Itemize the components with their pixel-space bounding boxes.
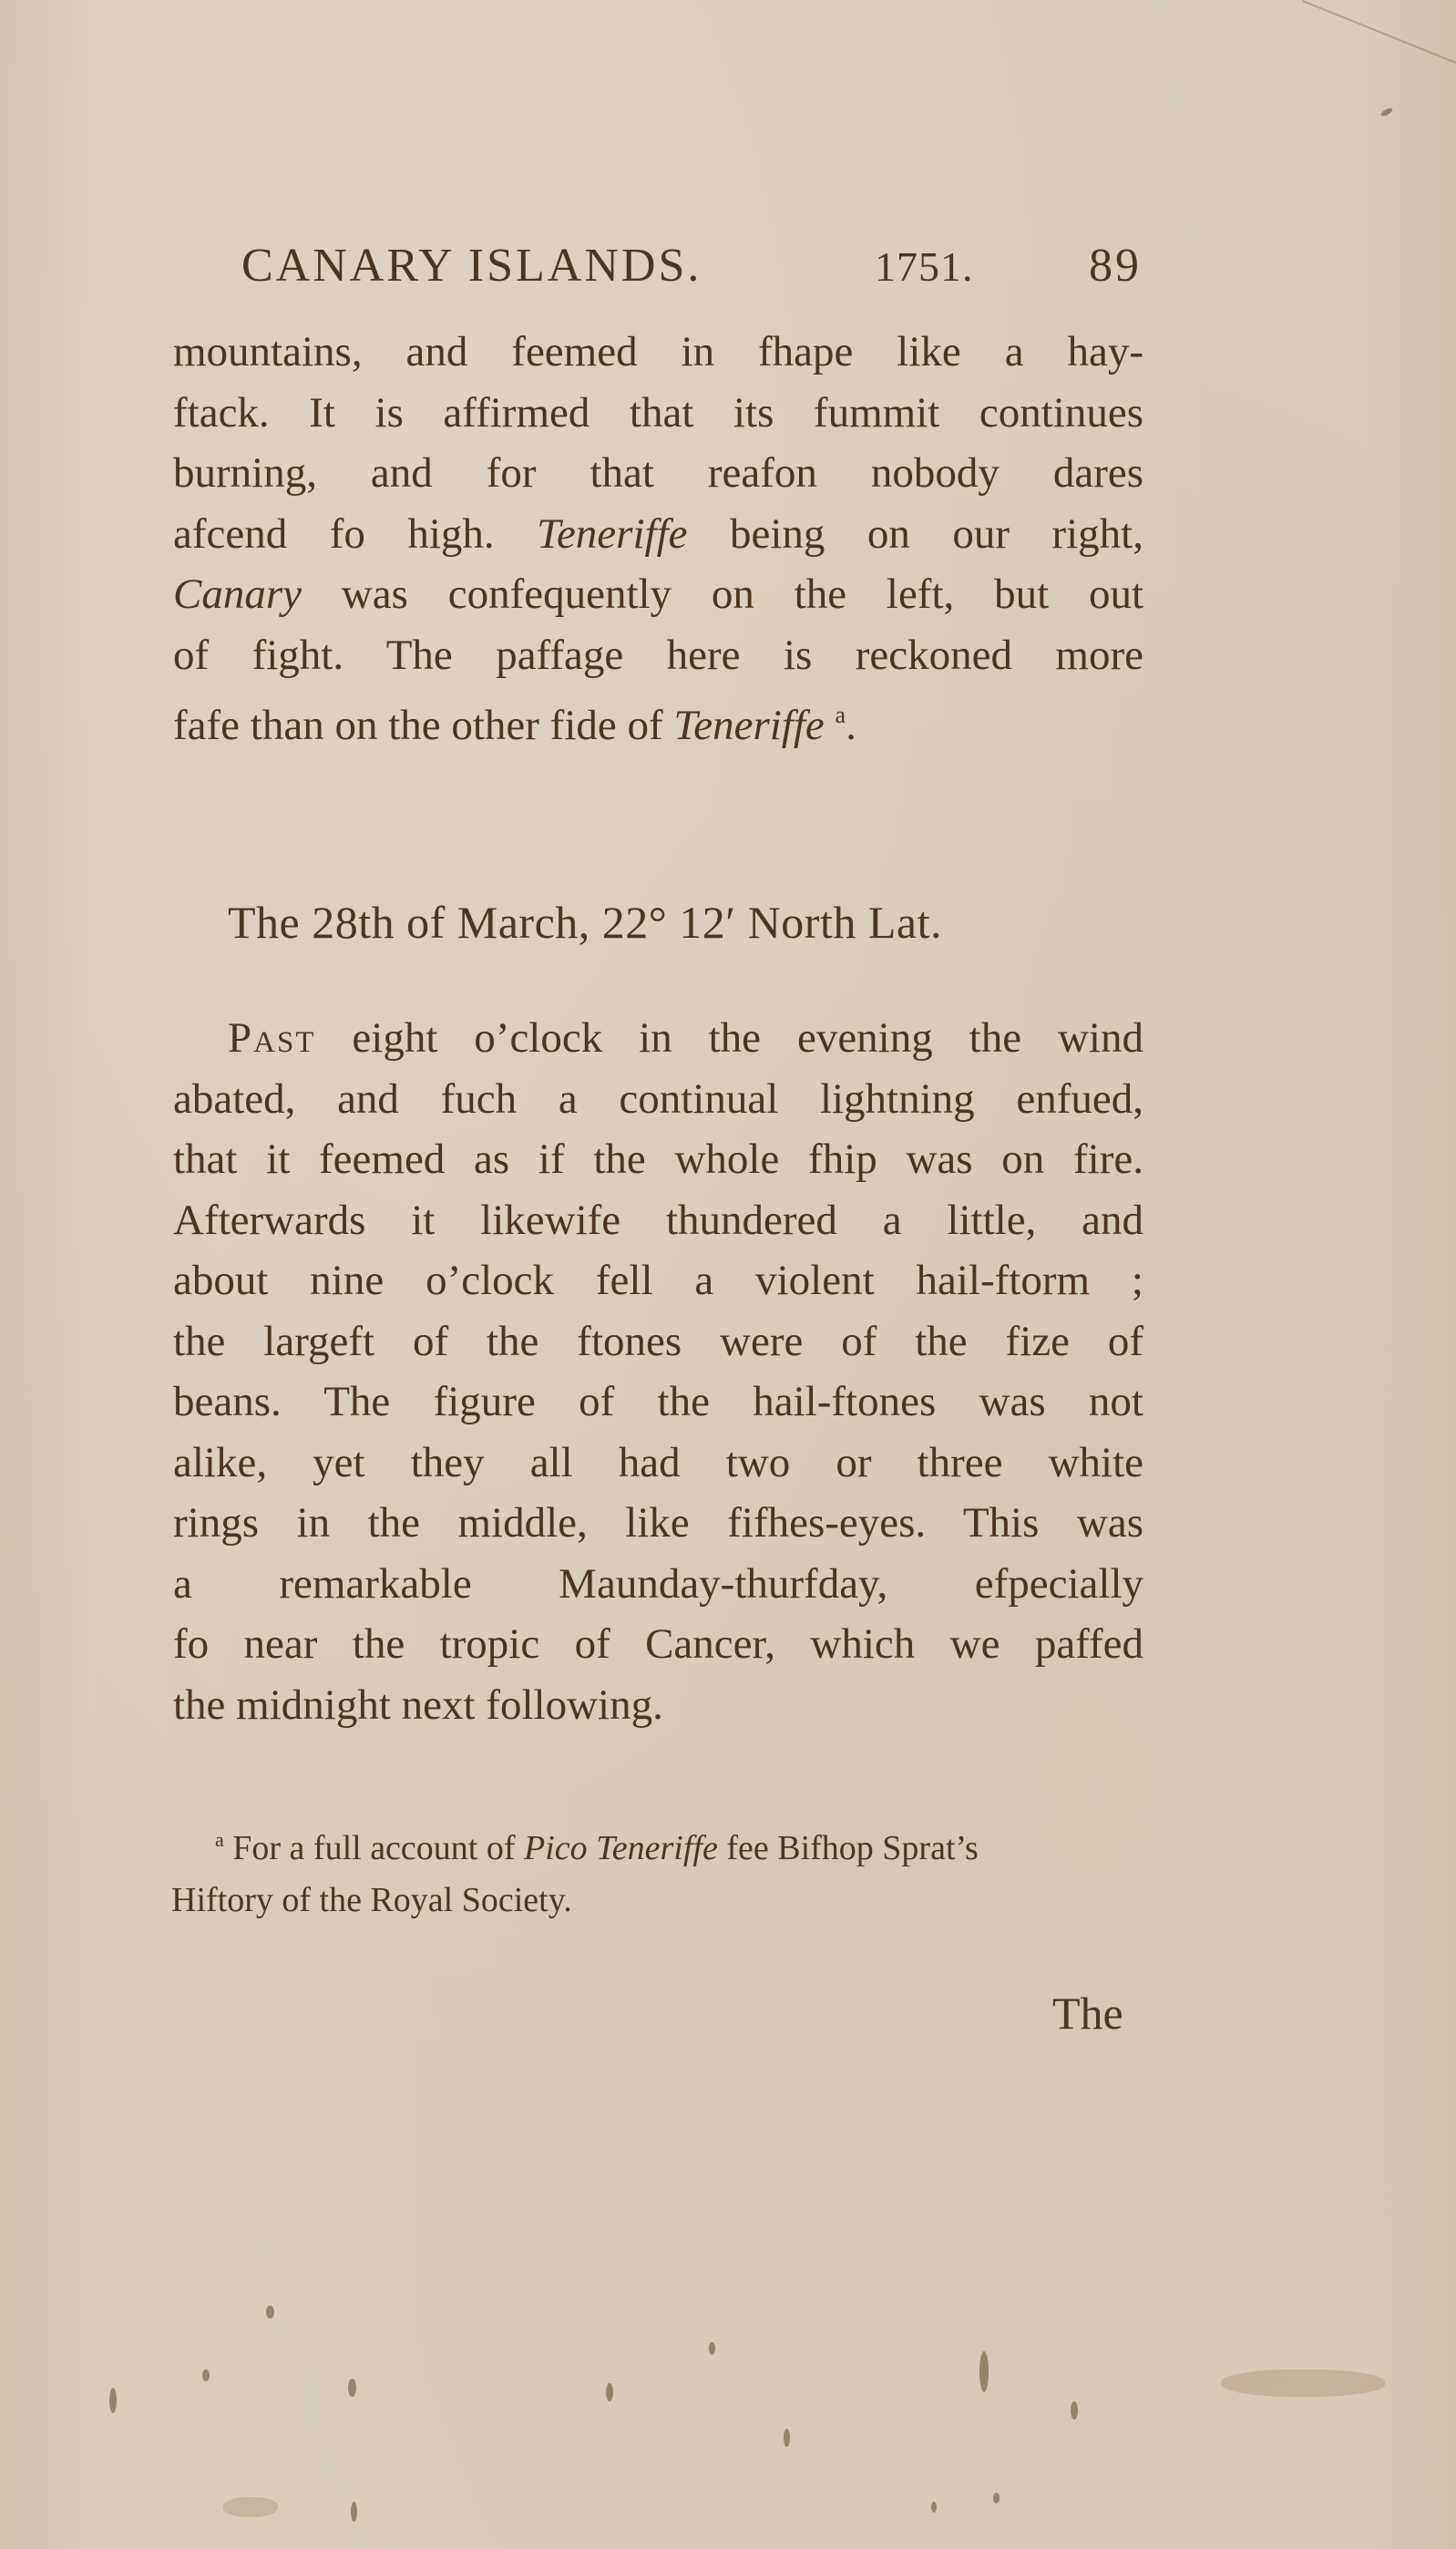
text-line: Past eight o’clock in the evening the wi…	[173, 1008, 1143, 1069]
footnote-reference[interactable]: a	[836, 702, 846, 728]
foxing-spot	[709, 2342, 715, 2355]
paper-crease	[1302, 0, 1456, 67]
foxing-spot	[993, 2492, 1000, 2503]
text-line: abated, and fuch a continual lightning e…	[173, 1069, 1143, 1130]
text-line: beans. The figure of the hail-ftones was…	[173, 1372, 1143, 1433]
paper-stain	[1221, 2369, 1385, 2397]
paragraph-2: Past eight o’clock in the evening the wi…	[173, 1008, 1143, 1735]
text-line: Canary was confequently on the left, but…	[173, 564, 1143, 625]
text-line: afcend fo high. Teneriffe being on our r…	[173, 504, 1143, 565]
book-page: CANARY ISLANDS. 1751. 89 mountains, and …	[0, 0, 1456, 2549]
foxing-spot	[979, 2351, 989, 2392]
foxing-spot	[606, 2383, 613, 2401]
foxing-spot	[1379, 107, 1393, 118]
foxing-spot	[266, 2306, 274, 2318]
text-line: about nine o’clock fell a violent hail-f…	[173, 1250, 1143, 1311]
place-name: Teneriffe	[673, 702, 824, 749]
foxing-spot	[202, 2369, 210, 2381]
running-head-year: 1751.	[875, 242, 974, 291]
foxing-spot	[348, 2379, 356, 2397]
foxing-spot	[784, 2429, 790, 2447]
text-line: fafe than on the other fide of Teneriffe…	[173, 685, 1143, 746]
page-number: 89	[1089, 239, 1142, 293]
running-head-title: CANARY ISLANDS.	[241, 239, 702, 293]
text-line: fo near the tropic of Cancer, which we p…	[173, 1614, 1143, 1675]
section-dateline: The 28th of March, 22° 12′ North Lat.	[228, 896, 942, 949]
text-line: ftack. It is affirmed that its fummit co…	[173, 383, 1143, 444]
text-line: a remarkable Maunday-thurfday, efpeciall…	[173, 1554, 1143, 1615]
smallcaps-lead: Past	[228, 1014, 315, 1062]
text-line: of fight. The paffage here is reckoned m…	[173, 625, 1143, 686]
text-line: alike, yet they all had two or three whi…	[173, 1433, 1143, 1494]
place-name: Canary	[173, 570, 302, 618]
paragraph-1: mountains, and feemed in fhape like a ha…	[173, 322, 1143, 746]
paper-stain	[223, 2497, 278, 2517]
catchword: The	[1052, 1987, 1123, 2040]
text-line: the midnight next following.	[173, 1675, 1143, 1736]
running-head: CANARY ISLANDS. 1751. 89	[241, 239, 1143, 303]
text-line: the largeft of the ftones were of the fi…	[173, 1311, 1143, 1372]
footnote-mark: a	[215, 1828, 224, 1851]
place-name: Teneriffe	[537, 510, 687, 558]
foxing-spot	[351, 2502, 357, 2522]
footnote-line: Hiftory of the Royal Society.	[171, 1875, 1155, 1927]
footnote: a For a full account of Pico Teneriffe f…	[171, 1814, 1155, 1927]
text-line: rings in the middle, like fifhes-eyes. T…	[173, 1493, 1143, 1554]
text-line: mountains, and feemed in fhape like a ha…	[173, 322, 1143, 383]
foxing-spot	[931, 2502, 937, 2513]
foxing-spot	[109, 2388, 117, 2413]
text-line: burning, and for that reafon nobody dare…	[173, 443, 1143, 504]
footnote-line: a For a full account of Pico Teneriffe f…	[171, 1814, 1155, 1875]
place-name: Pico Teneriffe	[524, 1829, 718, 1867]
text-line: Afterwards it likewife thundered a littl…	[173, 1190, 1143, 1251]
foxing-spot	[1071, 2401, 1078, 2420]
text-line: that it feemed as if the whole fhip was …	[173, 1129, 1143, 1190]
